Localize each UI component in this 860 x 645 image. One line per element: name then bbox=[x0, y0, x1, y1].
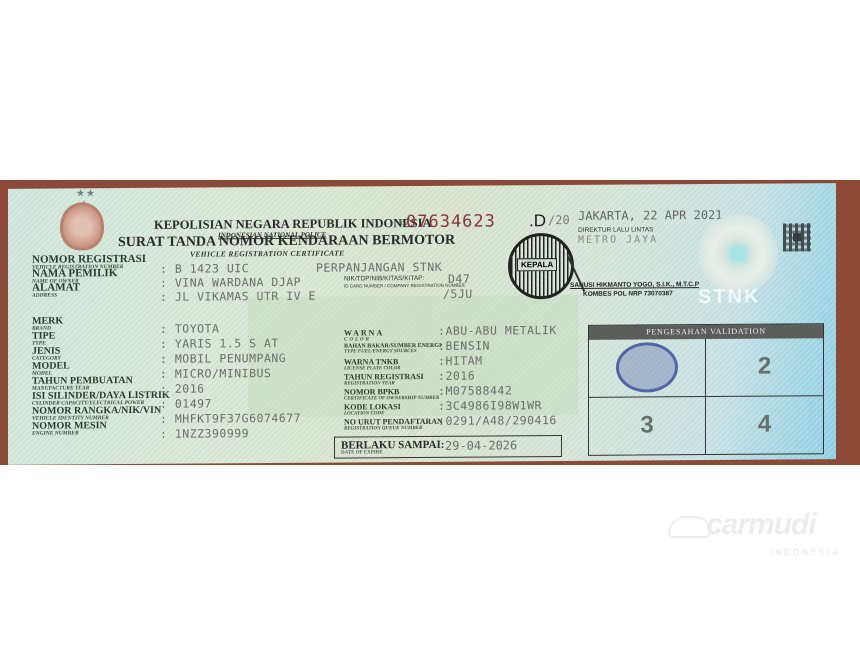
value-manufacture-year: : 2016 bbox=[160, 382, 205, 396]
value-color: :ABU-ABU METALIK bbox=[438, 323, 557, 338]
label-registration-year: TAHUN REGISTRASIREGISTRATION YEAR bbox=[344, 373, 424, 387]
qr-code-icon bbox=[783, 223, 811, 251]
validation-stamp-icon bbox=[616, 342, 678, 392]
label-engine-number: NOMOR MESINENGINE NUMBER bbox=[32, 421, 107, 437]
validation-cell-2: 2 bbox=[706, 338, 823, 396]
value-model: : MICRO/MINIBUS bbox=[160, 366, 271, 381]
label-location-code: KODE LOKASILOCATION CODE bbox=[344, 403, 401, 416]
serial-number: 07634623 bbox=[406, 211, 496, 232]
police-emblem-icon bbox=[60, 202, 104, 250]
id-label: NIK/TDP/NIB/KITAS/KITAP: bbox=[344, 276, 424, 283]
official-nrp: KOMBES POL NRP 73070387 bbox=[583, 290, 673, 298]
label-bpkb-number: NOMOR BPKBCERTIFICATE OF OWNERSHIP NUMBE… bbox=[344, 388, 439, 402]
label-fuel: BAHAN BAKAR/SUMBER ENERGITYPE FUEL/ENERG… bbox=[344, 343, 441, 355]
validation-cell-3: 3 bbox=[589, 397, 706, 455]
value-category: : MOBIL PENUMPANG bbox=[160, 351, 286, 366]
official-stamp-icon: KEPALA bbox=[508, 233, 574, 299]
watermark-sub: INDONESIA bbox=[770, 548, 841, 557]
stnk-document: ★★ ★ KEPOLISIAN NEGARA REPUBLIK INDONESI… bbox=[8, 183, 836, 465]
id-value: /5JU bbox=[443, 287, 473, 301]
stamp-text: KEPALA bbox=[517, 258, 557, 271]
director-title: DIREKTUR LALU LINTAS bbox=[578, 226, 653, 234]
validation-cell-4: 4 bbox=[706, 396, 823, 454]
serial-year: /20 bbox=[548, 213, 570, 227]
label-queue-number: NO URUT PENDAFTARANREGISTRATION QUEUE NU… bbox=[344, 418, 443, 432]
watermark-brand: carmudi bbox=[706, 508, 816, 542]
value-address: : JL VIKAMAS UTR IV E bbox=[160, 289, 316, 304]
car-icon bbox=[668, 516, 710, 538]
value-bpkb-number: :M07588442 bbox=[438, 383, 512, 398]
value-plate-color: :HITAM bbox=[438, 354, 483, 368]
stnk-logo: STNK bbox=[698, 286, 760, 309]
value-registration-year: :2016 bbox=[438, 369, 475, 383]
serial-suffix: .D bbox=[529, 211, 546, 231]
place-date: JAKARTA, 22 APR 2021 bbox=[578, 208, 723, 223]
value-queue-number: :0291/A48/290416 bbox=[438, 413, 557, 428]
value-type: : YARIS 1.5 S AT bbox=[160, 336, 279, 351]
renewal-note: PERPANJANGAN STNK bbox=[316, 260, 442, 275]
validation-cell-1 bbox=[589, 339, 706, 397]
value-registration-number: : B 1423 UIC bbox=[160, 261, 249, 276]
value-location-code: :3C4986I98W1WR bbox=[438, 398, 542, 413]
value-fuel: :BENSIN bbox=[438, 339, 490, 353]
label-color: WARNACOLOR bbox=[344, 329, 384, 342]
value-vin: : MHFKT9F37G6074677 bbox=[160, 411, 301, 426]
value-cylinder-capacity: : 01497 bbox=[160, 396, 212, 410]
value-engine-number: : 1NZZ390999 bbox=[160, 426, 249, 441]
label-address: ALAMATADDRESS bbox=[32, 282, 80, 299]
d-code: D47 bbox=[448, 272, 470, 286]
value-brand: : TOYOTA bbox=[160, 321, 219, 335]
label-plate-color: WARNA TNKBLICENSE PLATE COLOR bbox=[344, 358, 400, 371]
document-title-en: VEHICLE REGISTRATION CERTIFICATE bbox=[190, 249, 345, 259]
hologram-icon bbox=[698, 214, 778, 295]
expiry-box: BERLAKU SAMPAI:DATE OF EXPIRE 29-04-2026 bbox=[334, 435, 562, 459]
value-owner-name: : VINA WARDANA DJAP bbox=[160, 275, 301, 290]
validation-table: PENGESAHAN VALIDATION 2 3 4 bbox=[588, 323, 824, 456]
expiry-value: 29-04-2026 bbox=[445, 438, 517, 453]
official-name: SANUSI HIKMANTO YOGO, S.I.K., M.T.C.P bbox=[570, 281, 699, 289]
expiry-label: BERLAKU SAMPAI:DATE OF EXPIRE bbox=[341, 439, 444, 456]
